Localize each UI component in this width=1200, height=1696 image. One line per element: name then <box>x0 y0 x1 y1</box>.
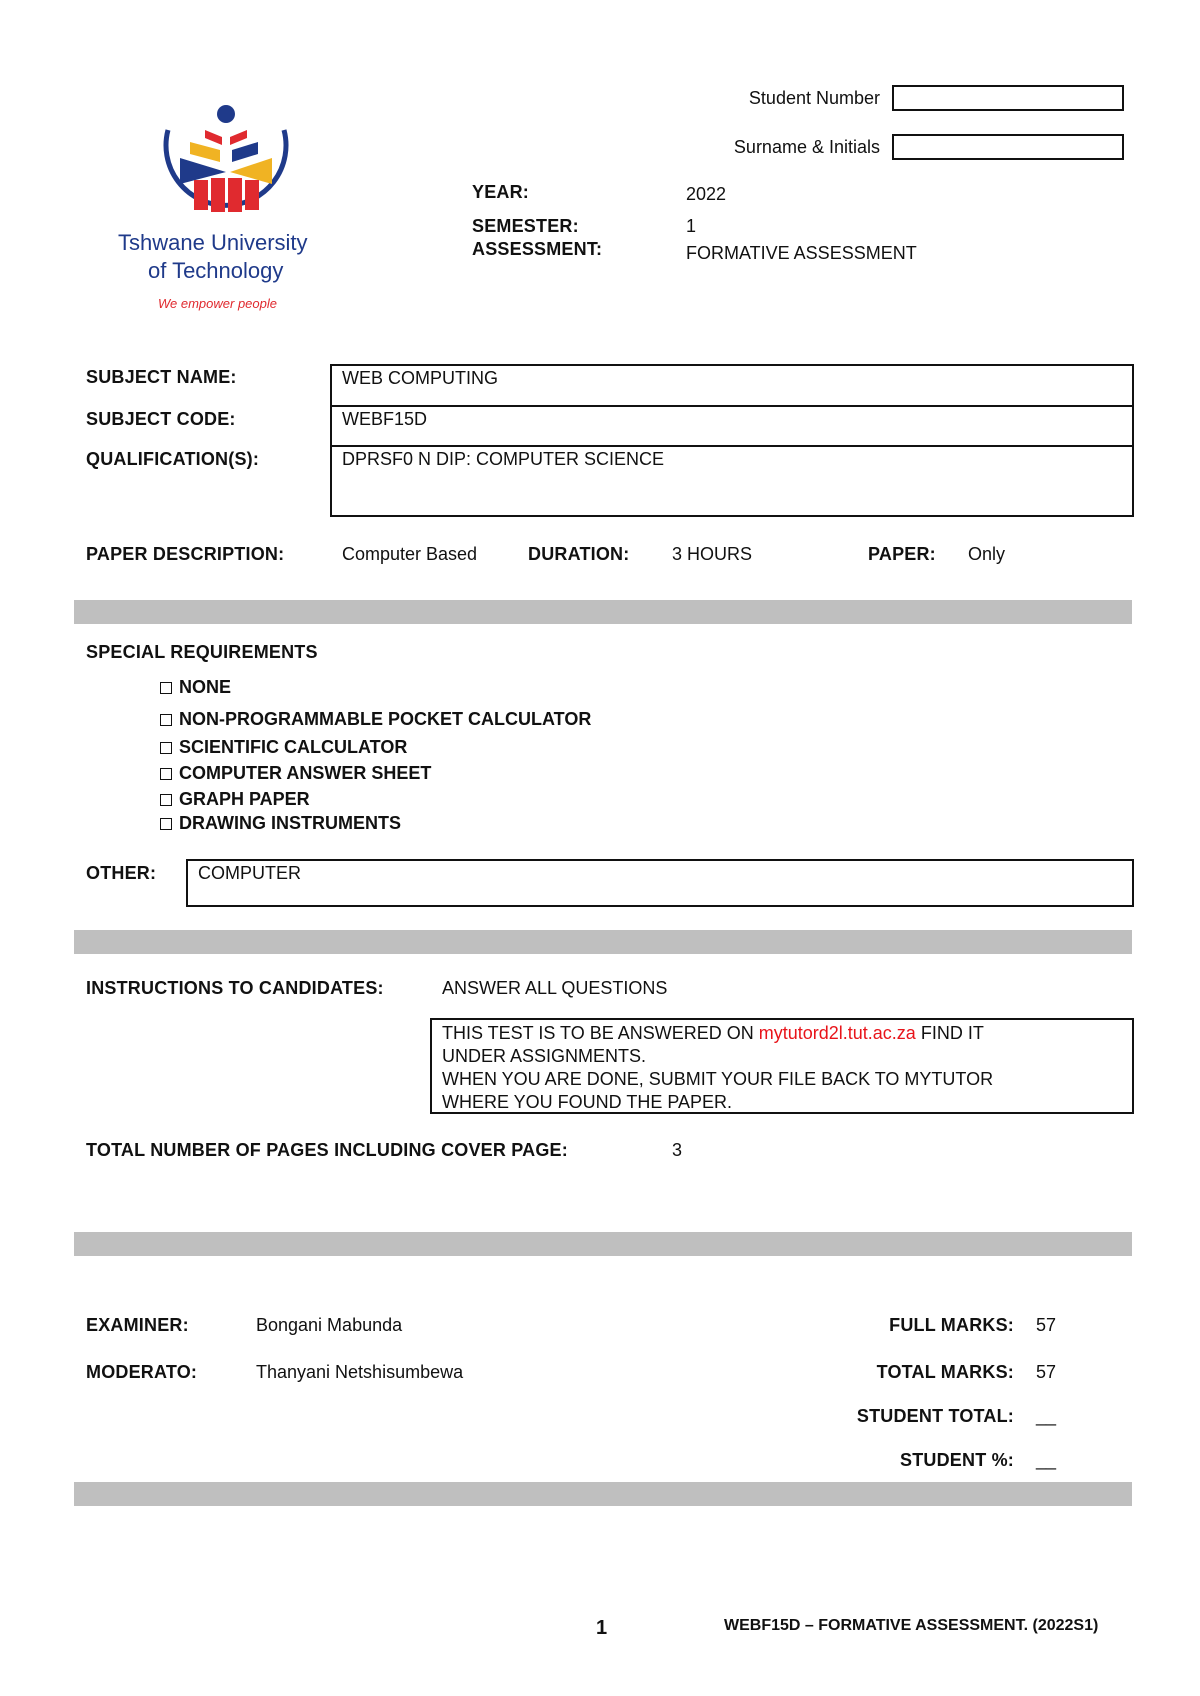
section-divider <box>74 930 1132 954</box>
paper-description-value: Computer Based <box>342 544 477 565</box>
student-percent-value[interactable]: __ <box>1036 1450 1056 1471</box>
page-number: 1 <box>596 1617 607 1640</box>
qualification-value: DPRSF0 N DIP: COMPUTER SCIENCE <box>332 447 1132 515</box>
mytutor-link[interactable]: mytutord2l.tut.ac.za <box>759 1023 916 1043</box>
student-number-field[interactable] <box>892 85 1124 111</box>
university-logo: Tshwane University of Technology We empo… <box>110 100 350 330</box>
section-divider <box>74 600 1132 624</box>
other-label: OTHER: <box>86 863 156 884</box>
special-requirements-title: SPECIAL REQUIREMENTS <box>86 642 318 663</box>
full-marks-label: FULL MARKS: <box>889 1315 1014 1336</box>
subject-name-value: WEB COMPUTING <box>332 366 1132 407</box>
subject-name-label: SUBJECT NAME: <box>86 367 237 388</box>
total-marks-label: TOTAL MARKS: <box>877 1362 1014 1383</box>
running-footer-title: WEBF15D – FORMATIVE ASSESSMENT. (2022S1) <box>724 1617 1098 1635</box>
instructions-value: ANSWER ALL QUESTIONS <box>442 978 667 999</box>
year-label: YEAR: <box>472 182 529 203</box>
duration-value: 3 HOURS <box>672 544 752 565</box>
total-marks-value: 57 <box>1036 1362 1056 1383</box>
moderator-label: MODERATO: <box>86 1362 197 1383</box>
checkbox-icon[interactable] <box>160 818 172 830</box>
qualification-label: QUALIFICATION(S): <box>86 449 259 470</box>
section-divider <box>74 1482 1132 1506</box>
checkbox-icon[interactable] <box>160 714 172 726</box>
section-divider <box>74 1232 1132 1256</box>
requirement-answer-sheet[interactable]: COMPUTER ANSWER SHEET <box>160 763 431 784</box>
requirement-graph-paper[interactable]: GRAPH PAPER <box>160 789 310 810</box>
total-pages-value: 3 <box>672 1140 682 1161</box>
instructions-line-1: THIS TEST IS TO BE ANSWERED ON mytutord2… <box>442 1022 1122 1045</box>
checkbox-icon[interactable] <box>160 682 172 694</box>
assessment-value: FORMATIVE ASSESSMENT <box>686 243 917 264</box>
instructions-box: THIS TEST IS TO BE ANSWERED ON mytutord2… <box>430 1018 1134 1114</box>
duration-label: DURATION: <box>528 544 629 565</box>
student-percent-label: STUDENT %: <box>900 1450 1014 1471</box>
other-value: COMPUTER <box>188 861 1132 886</box>
subject-table: WEB COMPUTING WEBF15D DPRSF0 N DIP: COMP… <box>330 364 1134 517</box>
paper-value: Only <box>968 544 1005 565</box>
examiner-value: Bongani Mabunda <box>256 1315 402 1336</box>
semester-label: SEMESTER: <box>472 216 579 237</box>
instructions-line-4: WHERE YOU FOUND THE PAPER. <box>442 1091 1122 1114</box>
instructions-label: INSTRUCTIONS TO CANDIDATES: <box>86 978 384 999</box>
examiner-label: EXAMINER: <box>86 1315 189 1336</box>
logo-tagline: We empower people <box>158 296 277 311</box>
total-pages-label: TOTAL NUMBER OF PAGES INCLUDING COVER PA… <box>86 1140 568 1161</box>
surname-label: Surname & Initials <box>734 137 880 158</box>
student-total-label: STUDENT TOTAL: <box>857 1406 1014 1427</box>
student-number-label: Student Number <box>749 88 880 109</box>
other-field: COMPUTER <box>186 859 1134 907</box>
moderator-value: Thanyani Netshisumbewa <box>256 1362 463 1383</box>
subject-code-value: WEBF15D <box>332 407 1132 447</box>
logo-name-line2: of Technology <box>148 258 283 284</box>
surname-field[interactable] <box>892 134 1124 160</box>
assessment-label: ASSESSMENT: <box>472 239 602 260</box>
tut-emblem-icon <box>110 100 350 220</box>
student-total-value[interactable]: __ <box>1036 1406 1056 1427</box>
checkbox-icon[interactable] <box>160 742 172 754</box>
requirement-none[interactable]: NONE <box>160 677 231 698</box>
semester-value: 1 <box>686 216 696 237</box>
requirement-drawing-instruments[interactable]: DRAWING INSTRUMENTS <box>160 813 401 834</box>
requirement-pocket-calculator[interactable]: NON-PROGRAMMABLE POCKET CALCULATOR <box>160 709 591 730</box>
instructions-line-3: WHEN YOU ARE DONE, SUBMIT YOUR FILE BACK… <box>442 1068 1122 1091</box>
checkbox-icon[interactable] <box>160 768 172 780</box>
year-value: 2022 <box>686 184 726 205</box>
checkbox-icon[interactable] <box>160 794 172 806</box>
instructions-line-2: UNDER ASSIGNMENTS. <box>442 1045 1122 1068</box>
requirement-scientific-calculator[interactable]: SCIENTIFIC CALCULATOR <box>160 737 407 758</box>
paper-description-label: PAPER DESCRIPTION: <box>86 544 284 565</box>
full-marks-value: 57 <box>1036 1315 1056 1336</box>
logo-name-line1: Tshwane University <box>118 230 308 256</box>
paper-label: PAPER: <box>868 544 936 565</box>
subject-code-label: SUBJECT CODE: <box>86 409 236 430</box>
